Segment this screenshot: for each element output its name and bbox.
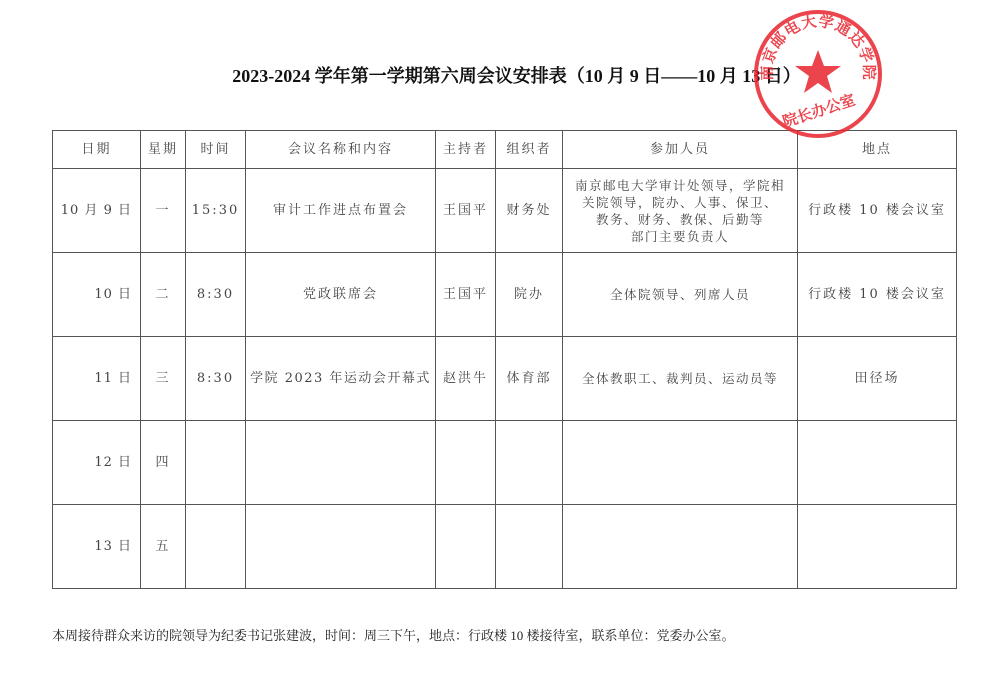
- weekday-cell: 一: [141, 169, 186, 253]
- host-cell: 王国平: [436, 253, 496, 337]
- organizer-cell: 院办: [496, 253, 563, 337]
- attendees-cell: [563, 505, 798, 589]
- host-cell: [436, 421, 496, 505]
- seal-bottom-text: 院长办公室: [780, 91, 857, 131]
- attendees-line: 教务、财务、教保、后勤等: [567, 211, 793, 228]
- date-cell: 10 日: [53, 253, 141, 337]
- table-header-row: 日期 星期 时间 会议名称和内容 主持者 组织者 参加人员 地点: [53, 131, 957, 169]
- meeting-cell: [246, 421, 436, 505]
- location-cell: 田径场: [798, 337, 957, 421]
- time-cell: [186, 505, 246, 589]
- table-row: 10 月 9 日 一 15:30 审计工作进点布置会 王国平 财务处 南京邮电大…: [53, 169, 957, 253]
- date-cell: 12 日: [53, 421, 141, 505]
- header-organizer: 组织者: [496, 131, 563, 169]
- header-host: 主持者: [436, 131, 496, 169]
- attendees-line: 全体教职工、裁判员、运动员等: [567, 370, 793, 387]
- location-cell: 行政楼 10 楼会议室: [798, 169, 957, 253]
- host-cell: [436, 505, 496, 589]
- meeting-schedule-table: 日期 星期 时间 会议名称和内容 主持者 组织者 参加人员 地点 10 月 9 …: [52, 130, 957, 589]
- location-cell: [798, 505, 957, 589]
- weekday-cell: 五: [141, 505, 186, 589]
- table-row: 12 日 四: [53, 421, 957, 505]
- header-weekday: 星期: [141, 131, 186, 169]
- attendees-line: 部门主要负责人: [567, 228, 793, 245]
- time-cell: 8:30: [186, 253, 246, 337]
- attendees-cell: 南京邮电大学审计处领导，学院相 关院领导，院办、人事、保卫、 教务、财务、教保、…: [563, 169, 798, 253]
- host-cell: 赵洪牛: [436, 337, 496, 421]
- header-attendees: 参加人员: [563, 131, 798, 169]
- meeting-cell: 党政联席会: [246, 253, 436, 337]
- meeting-cell: [246, 505, 436, 589]
- meeting-cell: 学院 2023 年运动会开幕式: [246, 337, 436, 421]
- organizer-cell: 体育部: [496, 337, 563, 421]
- weekday-cell: 二: [141, 253, 186, 337]
- location-cell: [798, 421, 957, 505]
- date-cell: 11 日: [53, 337, 141, 421]
- date-cell: 10 月 9 日: [53, 169, 141, 253]
- weekday-cell: 三: [141, 337, 186, 421]
- header-date: 日期: [53, 131, 141, 169]
- page-title: 2023-2024 学年第一学期第六周会议安排表（10 月 9 日——10 月 …: [0, 62, 999, 88]
- time-cell: 8:30: [186, 337, 246, 421]
- weekday-cell: 四: [141, 421, 186, 505]
- location-cell: 行政楼 10 楼会议室: [798, 253, 957, 337]
- organizer-cell: [496, 421, 563, 505]
- footer-note: 本周接待群众来访的院领导为纪委书记张建波，时间：周三下午，地点：行政楼 10 楼…: [52, 625, 735, 644]
- attendees-cell: [563, 421, 798, 505]
- organizer-cell: [496, 505, 563, 589]
- table-row: 10 日 二 8:30 党政联席会 王国平 院办 全体院领导、列席人员 行政楼 …: [53, 253, 957, 337]
- date-cell: 13 日: [53, 505, 141, 589]
- meeting-cell: 审计工作进点布置会: [246, 169, 436, 253]
- time-cell: 15:30: [186, 169, 246, 253]
- attendees-cell: 全体院领导、列席人员: [563, 253, 798, 337]
- table-row: 13 日 五: [53, 505, 957, 589]
- attendees-line: 关院领导，院办、人事、保卫、: [567, 194, 793, 211]
- attendees-line: 南京邮电大学审计处领导，学院相: [567, 177, 793, 194]
- organizer-cell: 财务处: [496, 169, 563, 253]
- time-cell: [186, 421, 246, 505]
- header-time: 时间: [186, 131, 246, 169]
- attendees-cell: 全体教职工、裁判员、运动员等: [563, 337, 798, 421]
- host-cell: 王国平: [436, 169, 496, 253]
- attendees-line: 全体院领导、列席人员: [567, 286, 793, 303]
- header-meeting: 会议名称和内容: [246, 131, 436, 169]
- table-row: 11 日 三 8:30 学院 2023 年运动会开幕式 赵洪牛 体育部 全体教职…: [53, 337, 957, 421]
- header-location: 地点: [798, 131, 957, 169]
- page-title-text: 2023-2024 学年第一学期第六周会议安排表（10 月 9 日——10 月 …: [232, 62, 801, 88]
